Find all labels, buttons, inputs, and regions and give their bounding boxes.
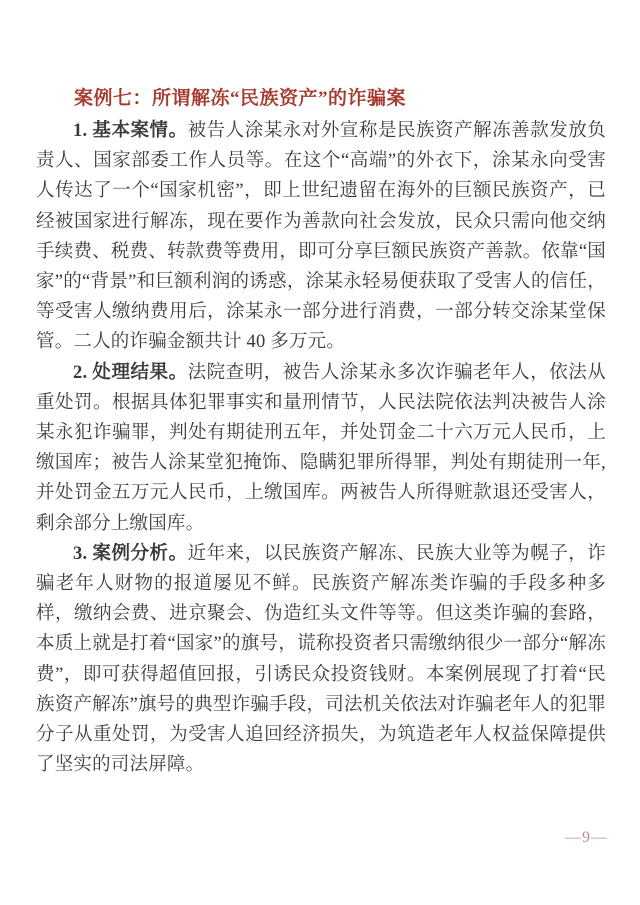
paragraph-text: 近年来，以民族资产解冻、民族大业等为幌子，诈骗老年人财物的报道屡见不鲜。民族资产… [36,544,606,775]
case-title: 案例七：所谓解冻“民族资产”的诈骗案 [36,84,606,114]
paragraph-lead: 2. 处理结果。 [73,363,188,383]
paragraph-case-analysis: 3. 案例分析。近年来，以民族资产解冻、民族大业等为幌子，诈骗老年人财物的报道屡… [36,539,606,781]
document-page: 案例七：所谓解冻“民族资产”的诈骗案 1. 基本案情。被告人涂某永对外宣称是民族… [0,0,640,905]
paragraph-text: 被告人涂某永对外宣称是民族资产解冻善款发放负责人、国家部委工作人员等。在这个“高… [36,121,606,352]
paragraph-basic-facts: 1. 基本案情。被告人涂某永对外宣称是民族资产解冻善款发放负责人、国家部委工作人… [36,116,606,358]
paragraph-lead: 1. 基本案情。 [73,121,188,141]
paragraph-lead: 3. 案例分析。 [73,544,188,564]
paragraph-handling-result: 2. 处理结果。法院查明，被告人涂某永多次诈骗老年人，依法从重处罚。根据具体犯罪… [36,358,606,539]
paragraph-text: 法院查明，被告人涂某永多次诈骗老年人，依法从重处罚。根据具体犯罪事实和量刑情节，… [36,363,606,534]
page-number: —9— [565,829,608,847]
document-content: 案例七：所谓解冻“民族资产”的诈骗案 1. 基本案情。被告人涂某永对外宣称是民族… [36,84,606,780]
